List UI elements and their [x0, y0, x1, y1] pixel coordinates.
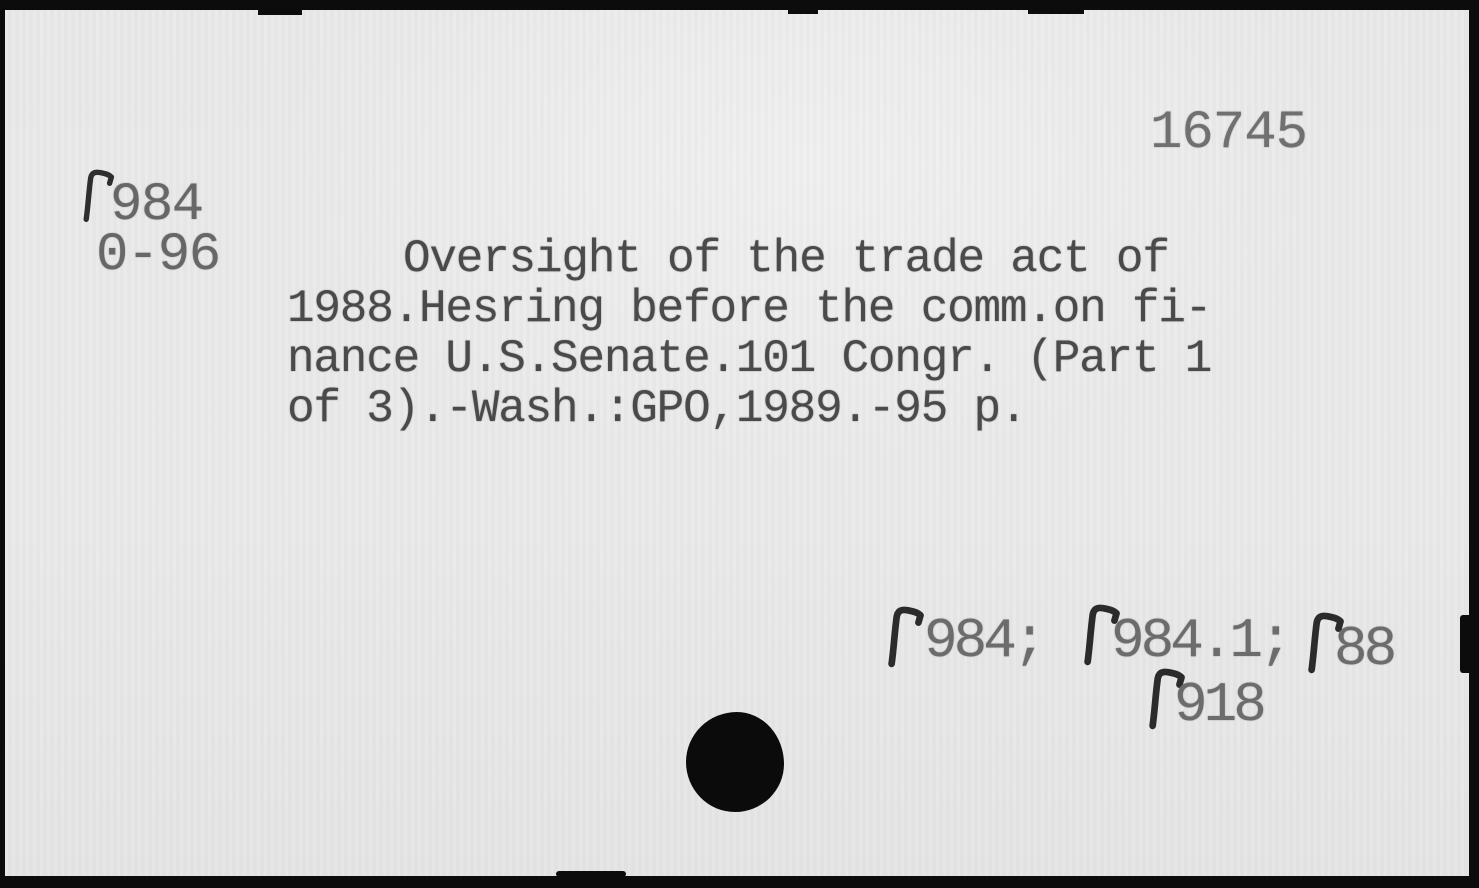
- entry-line-2: 1988.Hesring before the comm.on fi-: [287, 284, 1337, 334]
- scan-edge-artifact: [556, 871, 626, 877]
- entry-line-3: nance U.S.Senate.101 Congr. (Part 1: [287, 334, 1337, 384]
- gamma-icon: [883, 604, 925, 668]
- accession-number: 16745: [1150, 106, 1307, 162]
- classification-number: 918: [1174, 676, 1263, 734]
- scan-edge-artifact: [1460, 615, 1470, 673]
- classification-number: 88: [1334, 620, 1393, 678]
- punch-hole-dot: [686, 712, 784, 812]
- scan-edge-artifact: [788, 10, 818, 14]
- classification-number: 984.1;: [1111, 612, 1289, 670]
- bibliographic-entry: Oversight of the trade act of 1988.Hesri…: [287, 234, 1337, 434]
- scan-edge-artifact: [258, 10, 302, 15]
- catalog-card-scan: 16745 984 0-96 Oversight of the trade ac…: [0, 0, 1479, 888]
- call-number-cutter: 0-96: [96, 228, 220, 284]
- scan-edge-artifact: [1028, 10, 1084, 14]
- entry-line-4: of 3).-Wash.:GPO,1989.-95 p.: [287, 384, 1337, 434]
- classification-number: 984;: [924, 612, 1042, 670]
- entry-line-1: Oversight of the trade act of: [287, 234, 1337, 284]
